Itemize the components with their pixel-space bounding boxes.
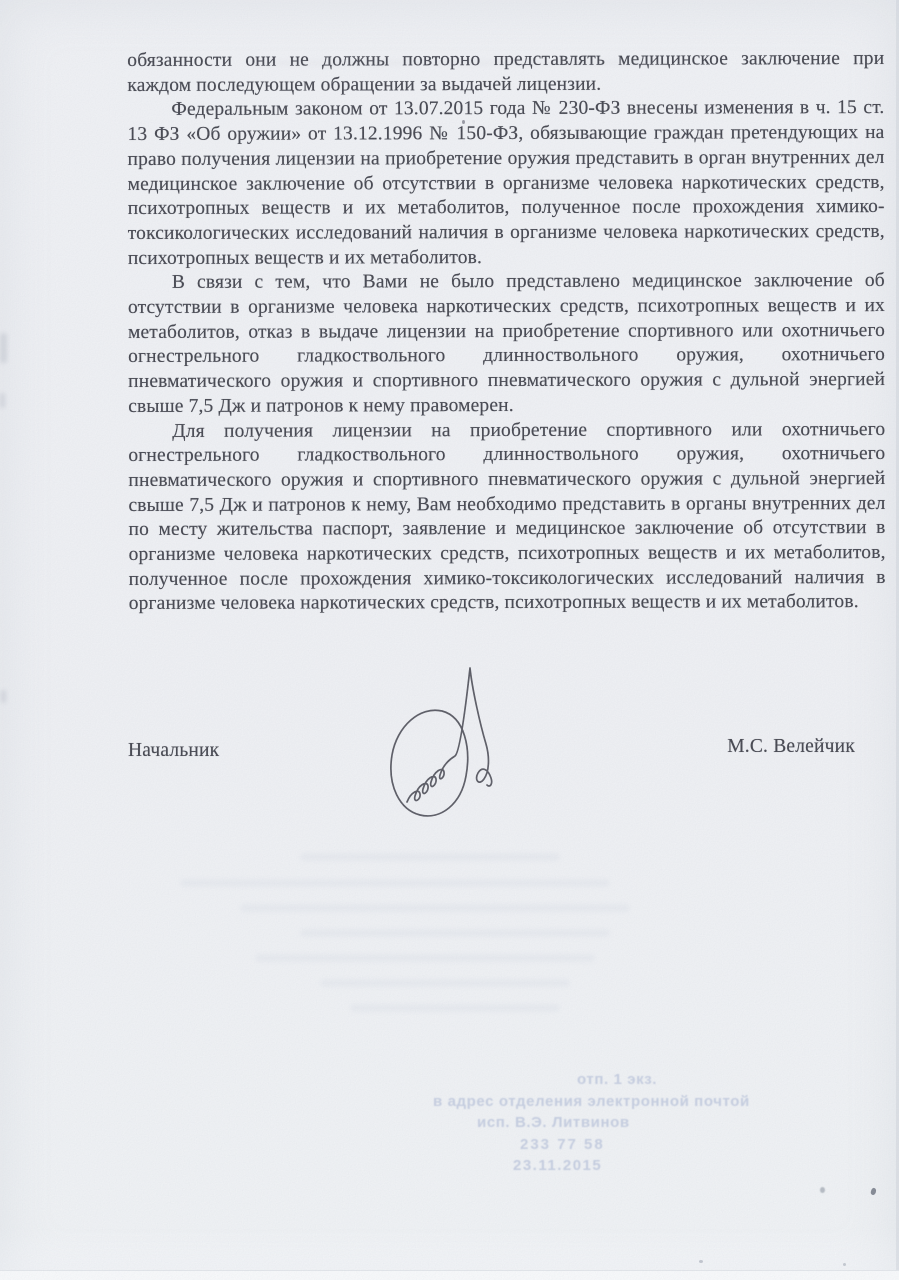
- bleedthrough-line: исп. В.Э. Литвинов: [477, 1112, 710, 1134]
- bleedthrough-smudge: [320, 979, 570, 987]
- bleedthrough-smudge: [240, 904, 630, 912]
- paragraph-federal-law: Федеральным законом от 13.07.2015 года №…: [127, 96, 884, 271]
- bleedthrough-smudge: [350, 1004, 560, 1012]
- scan-edge-smudge: [1, 690, 6, 703]
- bleedthrough-footer: отп. 1 экз. в адрес отделения электронно…: [430, 1069, 710, 1177]
- bleedthrough-smudge: [300, 929, 610, 937]
- bleedthrough-line: 233 77 58: [520, 1134, 710, 1156]
- scan-edge-smudge: [0, 333, 7, 363]
- signoff-name: М.С. Велейчик: [727, 736, 855, 758]
- bleedthrough-line: в адрес отделения электронной почтой: [433, 1091, 710, 1113]
- paragraph-continuation: обязанности они не должны повторно предс…: [127, 47, 884, 98]
- scan-bottom-strip: [0, 1270, 899, 1280]
- letter-body: обязанности они не должны повторно предс…: [127, 47, 885, 617]
- signoff-title: Начальник: [128, 740, 219, 762]
- bleedthrough-smudge: [255, 954, 595, 962]
- scan-speck: [462, 120, 465, 124]
- scan-speck: [843, 1263, 846, 1266]
- scan-speck: [820, 1187, 825, 1193]
- bleedthrough-line: отп. 1 экз.: [577, 1069, 710, 1091]
- bleedthrough-smudge: [300, 853, 560, 861]
- paragraph-refusal: В связи с тем, что Вами не было представ…: [128, 269, 885, 419]
- paragraph-requirements: Для получения лицензии на приобретение с…: [128, 418, 886, 618]
- bleedthrough-line: 23.11.2015: [513, 1155, 710, 1177]
- scanned-letter-page: обязанности они не должны повторно предс…: [0, 0, 899, 1280]
- bleedthrough-smudge: [180, 879, 610, 887]
- scan-speck: [699, 1260, 703, 1263]
- scan-speck: [870, 1187, 877, 1195]
- scan-edge-smudge: [0, 393, 5, 408]
- handwritten-signature: [385, 664, 500, 822]
- bleedthrough-smudge: [250, 60, 670, 66]
